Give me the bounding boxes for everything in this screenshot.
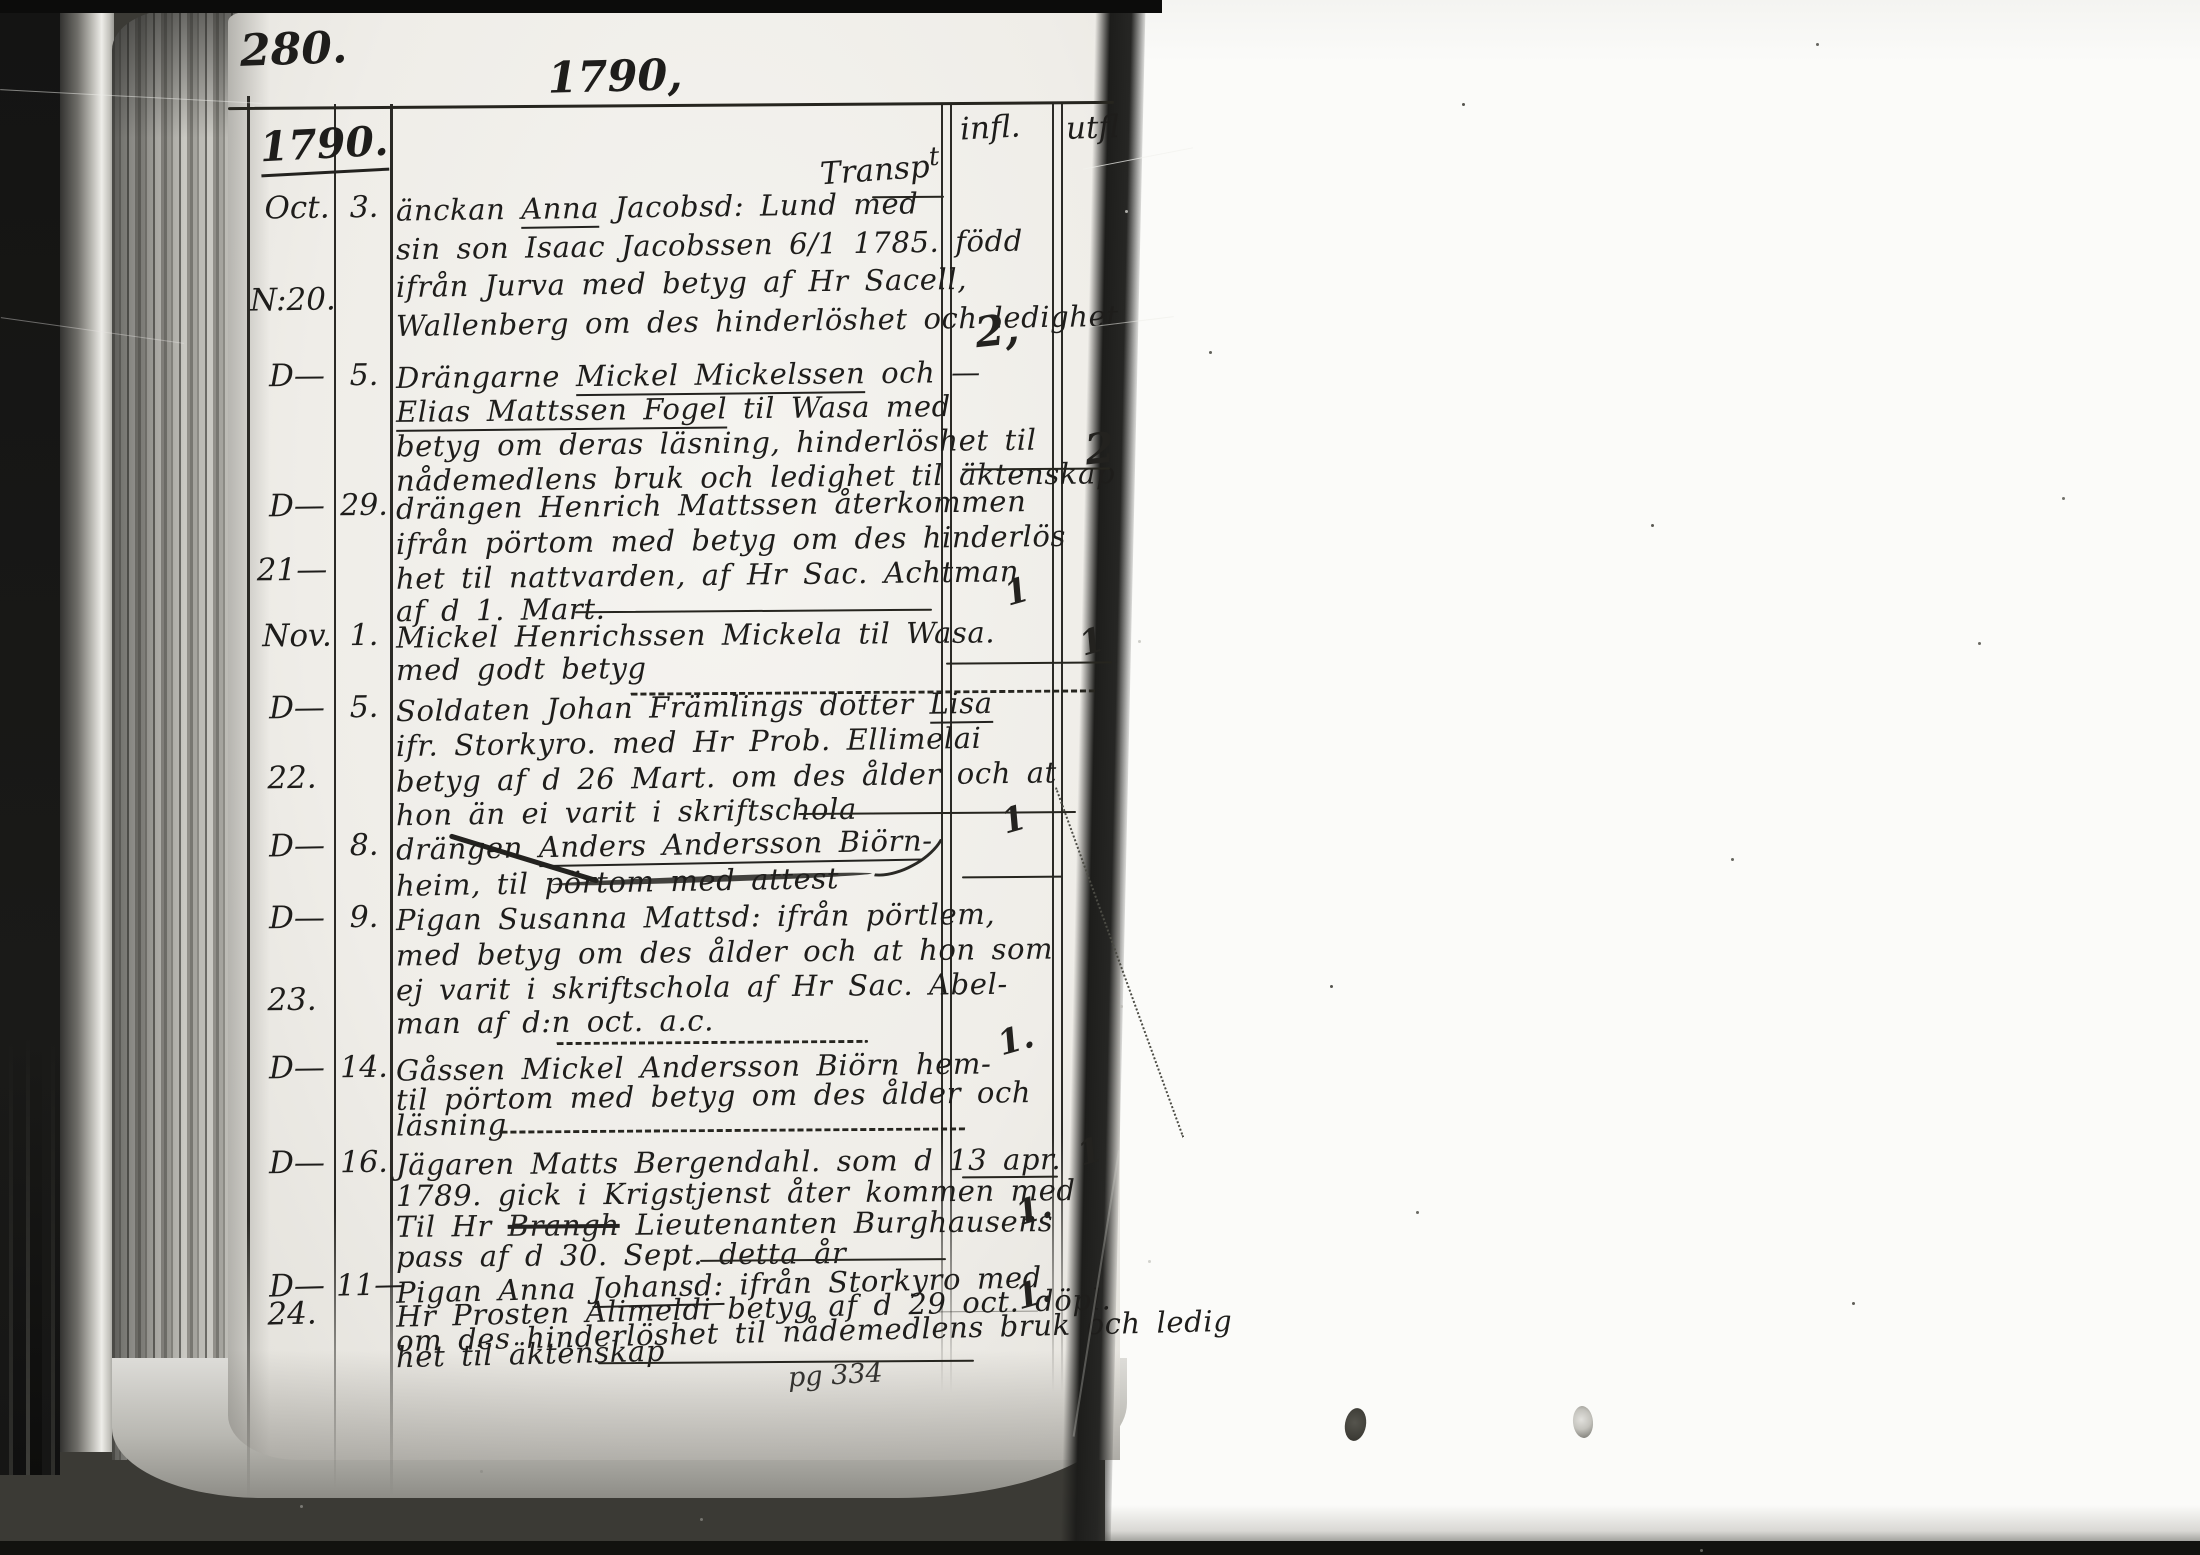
entry-line: läsning bbox=[396, 1107, 507, 1142]
inflyttade-column-header: infl. bbox=[959, 108, 1021, 147]
tally-mark-infl: 2, bbox=[973, 304, 1022, 357]
entry-day: 8. bbox=[336, 828, 393, 864]
entry-number: 21— bbox=[250, 551, 334, 588]
entry-month: D— bbox=[258, 1145, 336, 1182]
dust-specks bbox=[1462, 103, 1465, 106]
entry-day: 5. bbox=[336, 358, 392, 394]
entry-number: 23. bbox=[250, 982, 334, 1019]
entry-month: D— bbox=[258, 689, 336, 726]
backing-sheet bbox=[1105, 0, 2200, 1545]
entry-day: 5. bbox=[336, 690, 392, 726]
page-number: 280. bbox=[239, 22, 348, 77]
entry-month: D— bbox=[258, 358, 336, 395]
entry-number: 24. bbox=[250, 1295, 335, 1333]
entry-day: 11— bbox=[336, 1267, 393, 1303]
bottom-film-border bbox=[0, 1541, 2200, 1555]
entry-line: med betyg om des ålder och at hon som bbox=[396, 932, 1054, 973]
entry-line: Elias Mattssen Fogel til Wasa med bbox=[396, 389, 951, 429]
top-film-border bbox=[0, 0, 1162, 13]
backing-sheet-edge bbox=[58, 4, 114, 1452]
entry-day: 3. bbox=[336, 190, 392, 226]
left-film-border bbox=[0, 0, 60, 1475]
scan-page: 280. 1790, 1790. Transpt infl. utfl pg 3… bbox=[0, 0, 2200, 1555]
entry-line: ej varit i skriftschola af Hr Sac. Abel- bbox=[396, 967, 1008, 1007]
entry-line: Mickel Henrichssen Mickela til Wasa. bbox=[396, 615, 995, 654]
entry-line: man af d:n oct. a.c. bbox=[396, 1003, 714, 1040]
dust-specks bbox=[1125, 210, 1128, 213]
footer-page-ref: pg 334 bbox=[787, 1358, 883, 1394]
entry-day: 1. bbox=[336, 618, 392, 653]
entry-month: Oct. bbox=[258, 189, 336, 226]
entry-line: änckan Anna Jacobsd: Lund med bbox=[396, 186, 919, 227]
margin-year: 1790. bbox=[259, 117, 390, 178]
entry-number: 22. bbox=[250, 759, 334, 796]
entry-month: D— bbox=[258, 900, 336, 937]
entry-month: Nov. bbox=[258, 618, 336, 655]
entry-day: 16. bbox=[336, 1145, 392, 1180]
entry-month: D— bbox=[258, 827, 337, 864]
entry-line: Pigan Susanna Mattsd: ifrån pörtlem, bbox=[396, 897, 996, 937]
entry-number: N:20. bbox=[250, 281, 334, 318]
year-heading: 1790, bbox=[499, 49, 730, 105]
entry-day: 14. bbox=[336, 1050, 392, 1086]
utflyttade-column-header: utfl bbox=[1065, 109, 1119, 147]
entry-day: 29. bbox=[336, 488, 392, 524]
entry-day: 9. bbox=[336, 900, 392, 936]
page-stack bbox=[112, 8, 244, 1460]
entry-month: D— bbox=[258, 1050, 336, 1087]
entry-line: het til äktenskap bbox=[396, 1334, 666, 1375]
entry-month: D— bbox=[258, 488, 336, 525]
entry-line: med godt betyg bbox=[396, 651, 647, 687]
